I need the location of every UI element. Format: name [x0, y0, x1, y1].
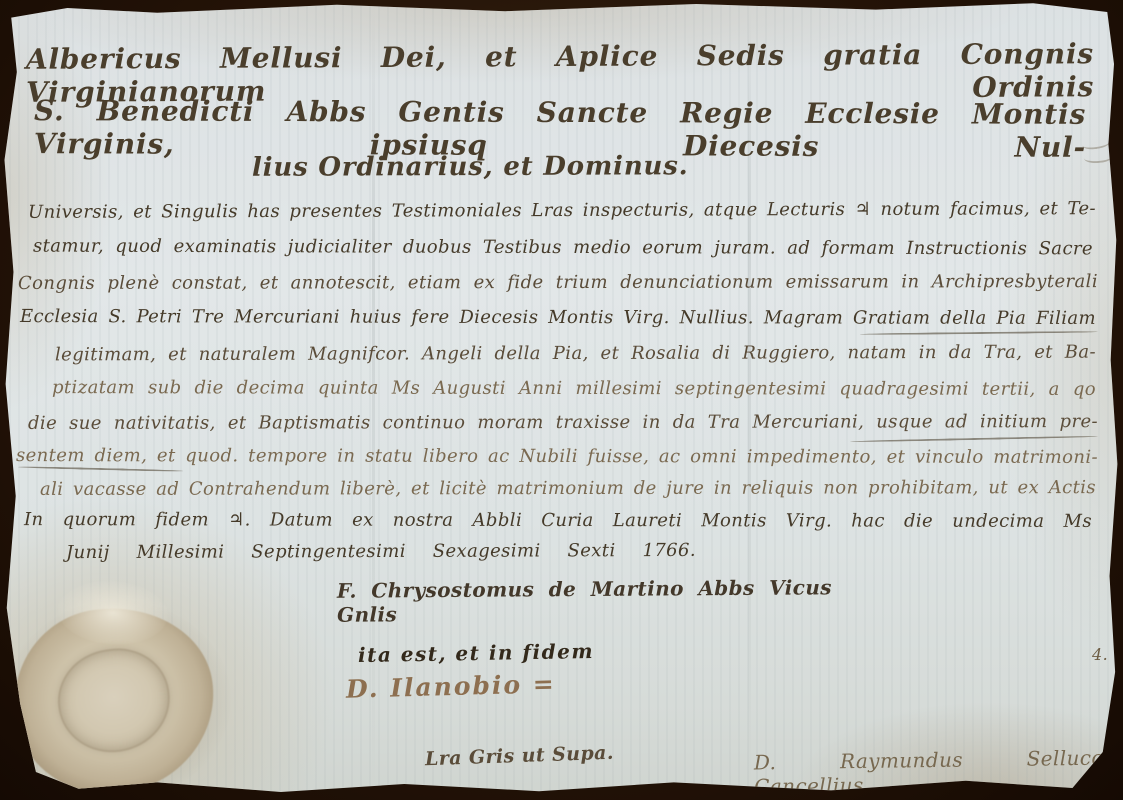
- photographed-manuscript: Albericus Mellusi Dei, et Aplice Sedis g…: [0, 0, 1123, 800]
- ink-underline: [850, 435, 1098, 442]
- manuscript-line: Congnis plenè constat, et annotescit, et…: [18, 271, 1098, 294]
- manuscript-line: Ecclesia S. Petri Tre Mercuriani huius f…: [20, 306, 1096, 329]
- manuscript-line: ptizatam sub die decima quinta Ms August…: [52, 377, 1096, 400]
- marginal-number: 4.: [1092, 645, 1108, 664]
- marginal-squiggle: [1084, 151, 1113, 164]
- heading-line: lius Ordinarius, et Dominus.: [252, 151, 689, 183]
- attestation-note: ita est, et in fidem: [358, 639, 594, 667]
- manuscript-line: legitimam, et naturalem Magnifcor. Angel…: [55, 342, 1096, 366]
- ink-underline: [18, 466, 183, 472]
- manuscript-line: Junij Millesimi Septingentesimi Sexagesi…: [66, 540, 696, 563]
- manuscript-paper: Albericus Mellusi Dei, et Aplice Sedis g…: [0, 0, 1123, 800]
- manuscript-line: stamur, quod examinatis judicialiter duo…: [33, 236, 1093, 260]
- manuscript-line: ali vacasse ad Contrahendum liberè, et l…: [40, 477, 1096, 500]
- manuscript-line: sentem diem, et quod. tempore in statu l…: [16, 445, 1098, 468]
- chancellor-signature: D. Raymundus Sellucci Cancellius: [754, 746, 1111, 799]
- registry-note: Lra Gris ut Supa.: [425, 742, 614, 771]
- manuscript-line: In quorum fidem ♃. Datum ex nostra Abbli…: [24, 509, 1092, 532]
- manuscript-line: Universis, et Singulis has presentes Tes…: [28, 198, 1096, 223]
- abbot-signature: F. Chrysostomus de Martino Abbs Vicus Gn…: [337, 575, 832, 626]
- ink-underline: [860, 331, 1098, 335]
- manuscript-line: die sue nativitatis, et Baptismatis cont…: [28, 411, 1098, 434]
- attestor-signature: D. Ilanobio =: [346, 669, 556, 703]
